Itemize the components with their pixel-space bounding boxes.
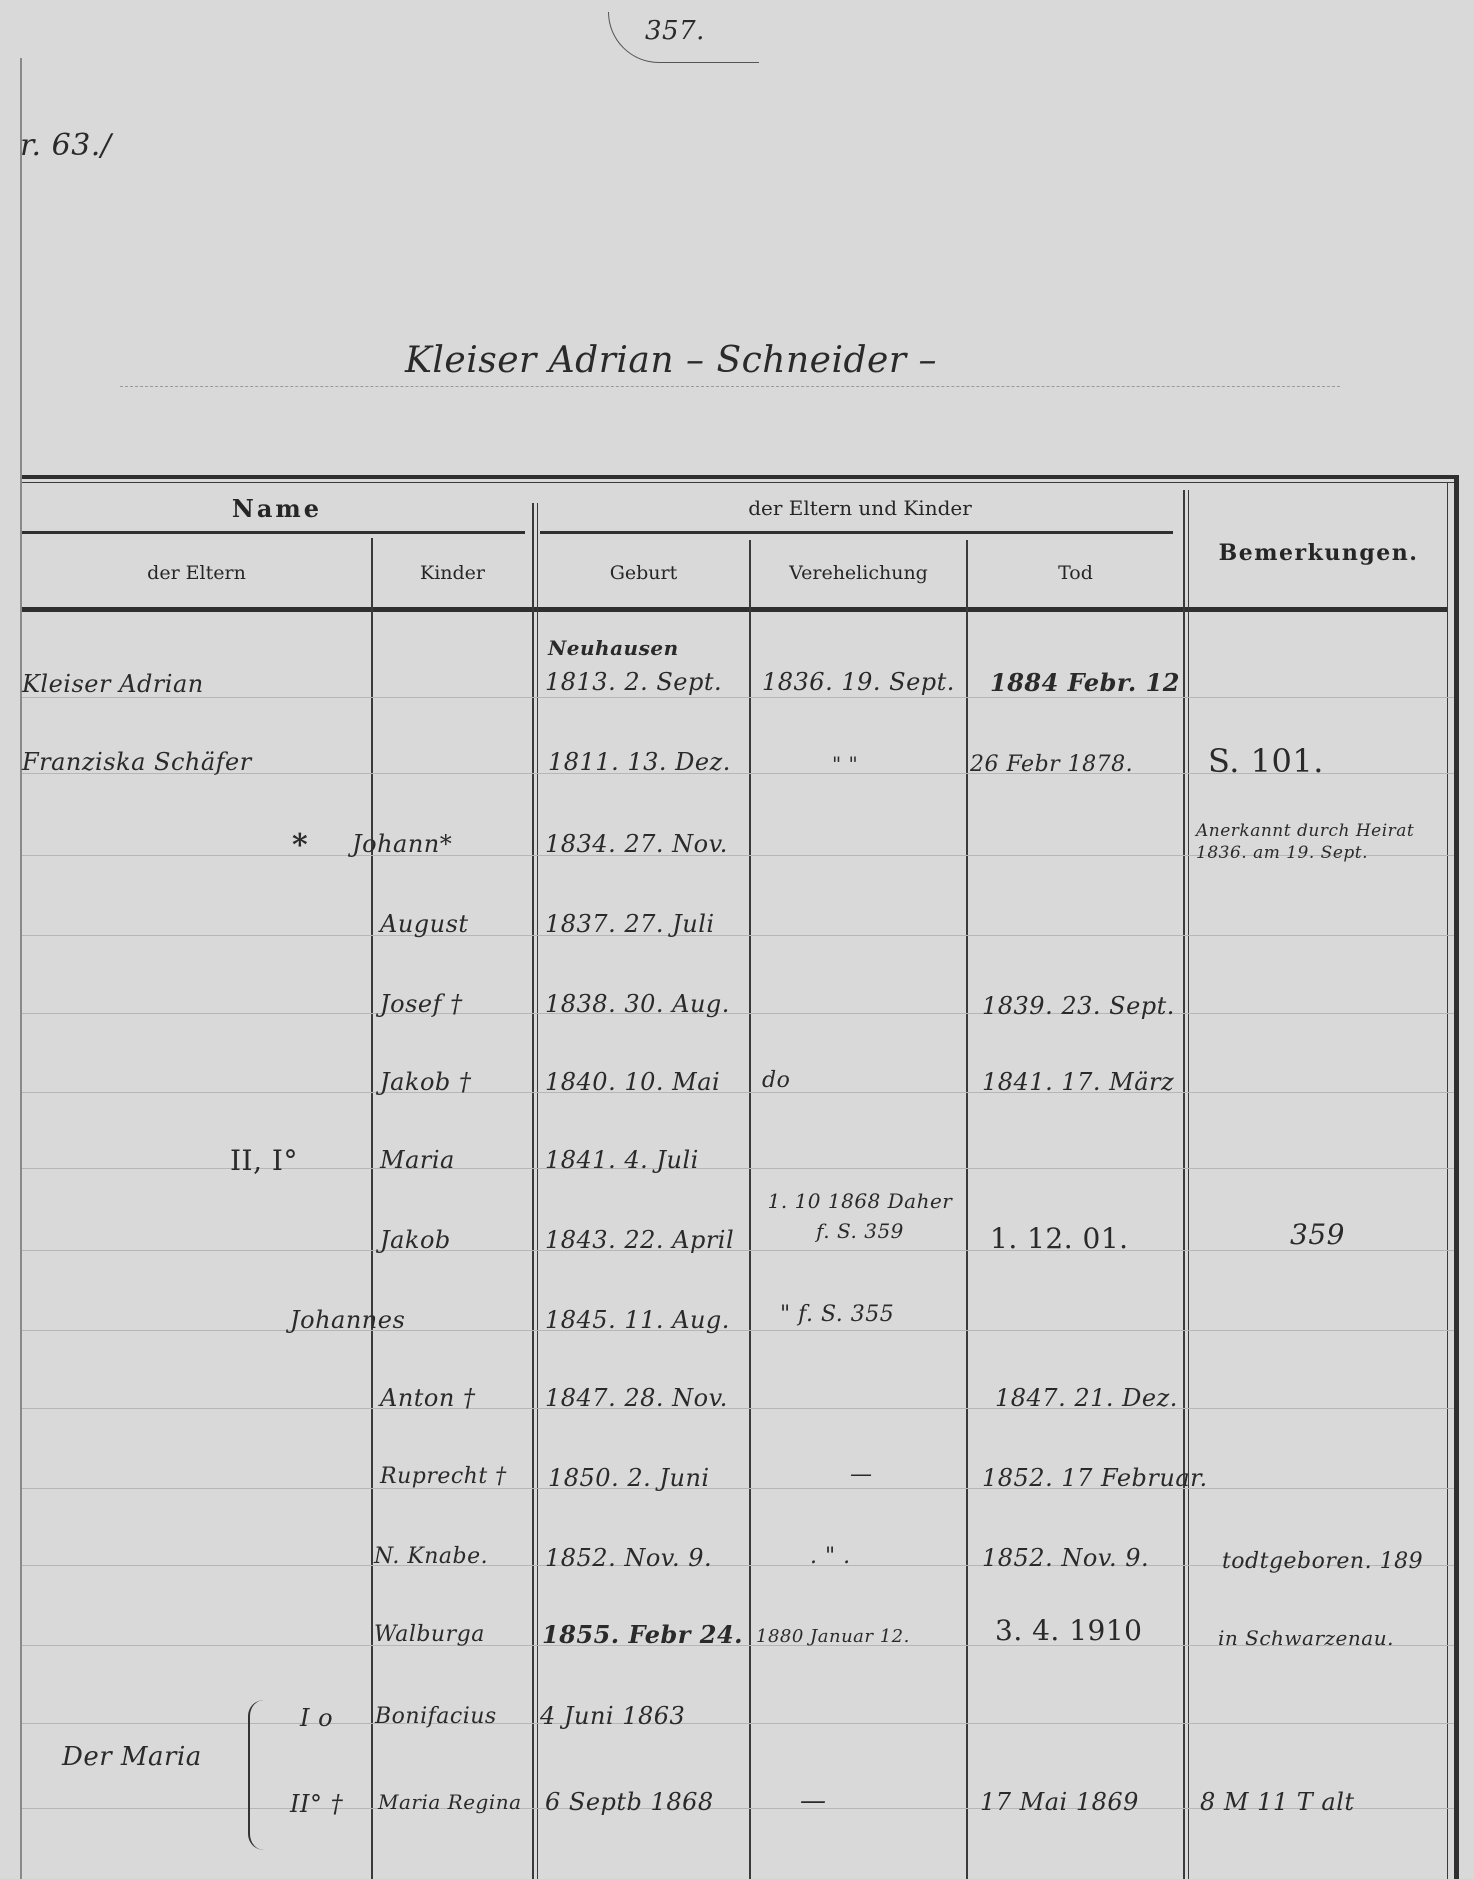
header-children: Kinder [373, 562, 532, 584]
header-mid-line-name [22, 531, 525, 534]
child-name: August [380, 910, 469, 938]
header-parents: der Eltern [22, 562, 371, 584]
child-name: Josef † [380, 990, 463, 1018]
birth-date: 6 Septb 1868 [545, 1788, 714, 1816]
marriage-dash: — [800, 1786, 827, 1816]
death-date: 1852. Nov. 9. [982, 1544, 1149, 1572]
birth-date: 1841. 4. Juli [545, 1146, 699, 1174]
child-name: Ruprecht † [380, 1464, 507, 1489]
death-date: 1839. 23. Sept. [982, 992, 1175, 1020]
marriage-note: " f. S. 355 [780, 1302, 894, 1327]
title-dotted-line [120, 386, 1340, 387]
marriage-ditto: do [762, 1068, 790, 1093]
child-name: Walburga [374, 1622, 485, 1647]
death-date: 1847. 21. Dez. [995, 1384, 1178, 1412]
ruled-line [22, 1488, 1454, 1489]
remarks: Anerkannt durch Heirat 1836. am 19. Sept… [1196, 820, 1441, 864]
marker: II, I° [230, 1144, 298, 1177]
ruled-line [22, 697, 1454, 698]
ruled-line [22, 1092, 1454, 1093]
header-bottom-line [22, 607, 1447, 612]
child-name: Maria Regina [378, 1790, 522, 1814]
marriage-dash: — [850, 1462, 873, 1487]
page-margin-line [20, 58, 22, 1879]
child-name: Jakob † [380, 1068, 471, 1096]
marriage-ditto: . " . [810, 1544, 851, 1569]
ruled-line [22, 1408, 1454, 1409]
header-death: Tod [968, 562, 1183, 584]
birth-date: 1850. 2. Juni [548, 1464, 710, 1492]
child-name: Jakob [380, 1226, 451, 1254]
remarks: 8 M 11 T alt [1200, 1788, 1355, 1816]
death-date: 17 Mai 1869 [980, 1788, 1139, 1816]
remarks: in Schwarzenau. [1218, 1626, 1394, 1650]
child-name: Johannes [290, 1306, 405, 1334]
col-divider-kinder-geburt-a [532, 503, 534, 1879]
family-title: Kleiser Adrian – Schneider – [405, 340, 937, 381]
header-marriage: Verehelichung [751, 562, 966, 584]
col-divider-tod-bemerkungen-a [1183, 490, 1185, 1879]
birth-date: 1811. 13. Dez. [548, 748, 731, 776]
header-birth: Geburt [538, 562, 749, 584]
marker: I o [300, 1704, 333, 1732]
ruled-line [22, 1330, 1454, 1331]
birth-date: 4 Juni 1863 [540, 1702, 685, 1730]
birth-date: 1847. 28. Nov. [545, 1384, 728, 1412]
header-mid-line-events [540, 531, 1173, 534]
death-date: 3. 4. 1910 [995, 1614, 1143, 1647]
marriage-note: 1. 10 1868 Daher f. S. 359 [760, 1186, 960, 1246]
birth-date: 1838. 30. Aug. [545, 990, 730, 1018]
remarks: S. 101. [1208, 742, 1324, 780]
col-divider-tod-bemerkungen-b [1188, 490, 1189, 1879]
col-divider-eltern-kinder [371, 538, 373, 1879]
birth-date: 1845. 11. Aug. [545, 1306, 730, 1334]
marriage-date: 1836. 19. Sept. [762, 668, 955, 696]
parent-name: Kleiser Adrian [22, 670, 204, 698]
header-remarks: Bemerkungen. [1190, 540, 1447, 566]
header-events: der Eltern und Kinder [540, 496, 1180, 520]
col-divider-kinder-geburt-b [537, 503, 538, 1879]
child-name: Anton † [380, 1384, 475, 1412]
birth-date: 1852. Nov. 9. [545, 1544, 712, 1572]
col-divider-geburt-verehelichung [749, 540, 751, 1879]
table-top-border-inner [22, 482, 1454, 483]
marriage-date: 1880 Januar 12. [756, 1626, 910, 1647]
header-name: Name [22, 494, 532, 523]
birth-date: 1837. 27. Juli [545, 910, 715, 938]
birth-date: 1834. 27. Nov. [545, 830, 728, 858]
child-name: Johann* [352, 830, 452, 858]
death-date: 26 Febr 1878. [970, 752, 1133, 777]
table-right-border [1454, 475, 1459, 1879]
ruled-line [22, 1013, 1454, 1014]
death-date: 1852. 17 Februar. [982, 1464, 1208, 1492]
page-number: 357. [645, 16, 705, 46]
death-date: 1841. 17. März [982, 1068, 1174, 1096]
child-name: Bonifacius [375, 1704, 497, 1729]
birth-date: 1855. Febr 24. [542, 1620, 743, 1649]
table-top-border [22, 475, 1458, 479]
marker: II° † [290, 1790, 343, 1818]
col-divider-verehelichung-tod [966, 540, 968, 1879]
child-name: Maria [380, 1146, 455, 1174]
parent-name: Franziska Schäfer [22, 748, 252, 776]
death-date: 1884 Febr. 12 [990, 668, 1180, 697]
child-name: N. Knabe. [374, 1544, 488, 1569]
marriage-ditto: " " [832, 752, 858, 776]
birth-date: 1840. 10. Mai [545, 1068, 720, 1096]
birth-place: Neuhausen [548, 636, 679, 660]
death-date: 1. 12. 01. [990, 1222, 1129, 1255]
table-right-border-inner [1447, 482, 1448, 1879]
remarks: todtgeboren. 189 [1200, 1542, 1445, 1582]
birth-date: 1813. 2. Sept. [545, 668, 722, 696]
ruled-line [22, 1723, 1454, 1724]
ruled-line [22, 1250, 1454, 1251]
marker: * [292, 828, 308, 863]
bracket-brace [248, 1700, 264, 1850]
ruled-line [22, 935, 1454, 936]
birth-date: 1843. 22. April [545, 1226, 734, 1254]
register-number: r. 63./ [20, 128, 111, 163]
parent-name: Der Maria [62, 1742, 202, 1772]
remarks: 359 [1290, 1218, 1345, 1251]
